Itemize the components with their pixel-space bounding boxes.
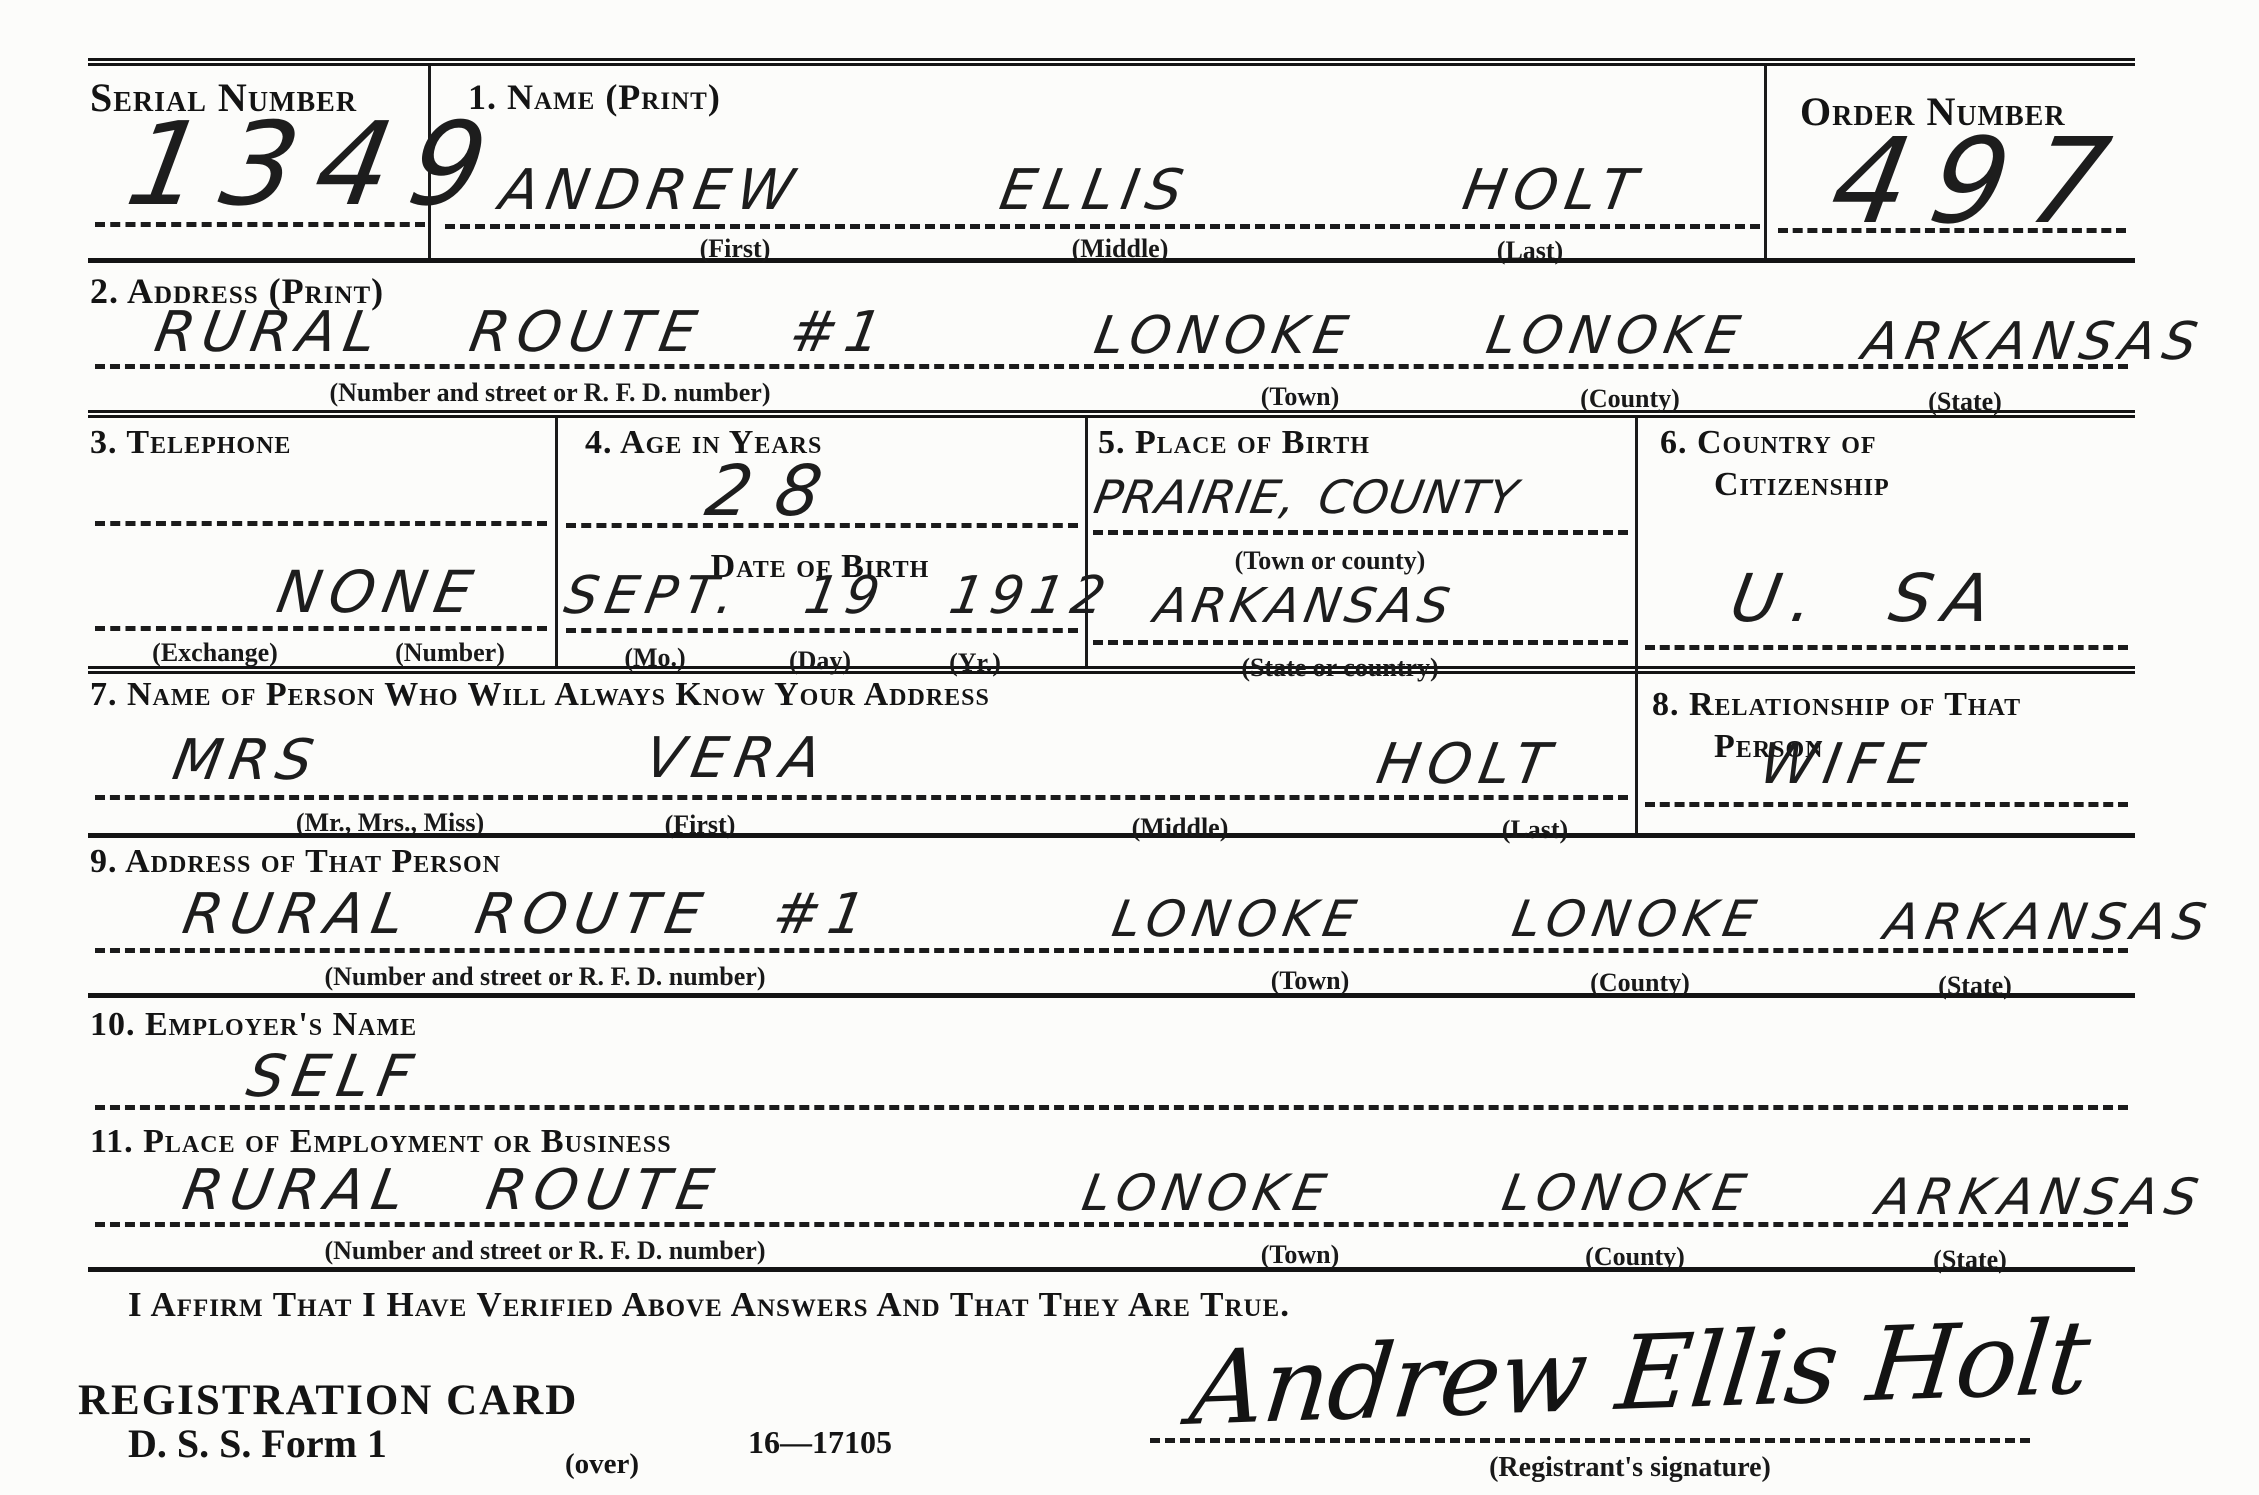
contact-title-sublabel: (Mr., Mrs., Miss)	[230, 808, 550, 838]
address-town-sublabel: (Town)	[1205, 382, 1395, 412]
telephone-exchange-sublabel: (Exchange)	[110, 638, 320, 668]
birth-year-value: 1912	[945, 566, 1117, 626]
name-middle-value: ELLIS	[995, 158, 1196, 223]
employment-state-value: ARKANSAS	[1872, 1168, 2209, 1226]
contact-address-county-sublabel: (County)	[1530, 968, 1750, 998]
birth-month-sublabel: (Mo.)	[575, 643, 735, 673]
contact-address-label: 9. Address of That Person	[90, 843, 501, 881]
birth-town-rule	[1093, 530, 1628, 535]
birth-date-rule	[566, 628, 1078, 633]
contact-address-town-sublabel: (Town)	[1215, 966, 1405, 996]
address-street-value: RURAL ROUTE #1	[150, 300, 894, 365]
address-county-value: LONOKE	[1482, 306, 1751, 366]
address-state-sublabel: (State)	[1860, 387, 2070, 417]
employer-value: SELF	[242, 1042, 426, 1110]
birth-day-value: 19	[800, 566, 891, 626]
telephone-age-column-line	[555, 418, 558, 666]
contact-address-street-sublabel: (Number and street or R. F. D. number)	[265, 962, 825, 992]
birth-town-value: PRAIRIE, COUNTY	[1090, 470, 1523, 524]
row2-bottom-divider	[88, 410, 2135, 418]
age-birthplace-column-line	[1085, 418, 1088, 666]
relationship-value: WIFE	[1755, 732, 1937, 797]
citizenship-column-line	[1635, 418, 1638, 833]
employer-label: 10. Employer's Name	[90, 1006, 417, 1044]
serial-number-value: 1349	[118, 98, 517, 232]
contact-address-county-value: LONOKE	[1508, 890, 1767, 948]
signature-sublabel: (Registrant's signature)	[1420, 1452, 1840, 1484]
birth-place-label: 5. Place of Birth	[1098, 424, 1370, 462]
birth-state-rule	[1093, 640, 1628, 645]
form-number: D. S. S. Form 1	[128, 1420, 387, 1467]
over-note: (over)	[565, 1448, 639, 1481]
address-street-sublabel: (Number and street or R. F. D. number)	[270, 378, 830, 408]
telephone-value: NONE	[272, 558, 486, 626]
birth-town-sublabel: (Town or county)	[1165, 546, 1495, 576]
employment-state-sublabel: (State)	[1865, 1245, 2075, 1275]
print-code: 16—17105	[748, 1424, 892, 1461]
age-value: 28	[700, 450, 853, 532]
relationship-rule	[1645, 802, 2128, 807]
employment-county-sublabel: (County)	[1525, 1242, 1745, 1272]
contact-first-sublabel: (First)	[605, 810, 795, 840]
name-order-column-line	[1764, 66, 1767, 258]
address-county-sublabel: (County)	[1525, 384, 1735, 414]
registrant-signature: Andrew Ellis Holt	[1185, 1298, 2095, 1449]
employment-label: 11. Place of Employment or Business	[90, 1123, 672, 1161]
telephone-upper-rule	[95, 521, 547, 526]
telephone-label: 3. Telephone	[90, 424, 291, 462]
contact-last-sublabel: (Last)	[1440, 815, 1630, 845]
employment-county-value: LONOKE	[1498, 1164, 1757, 1222]
contact-address-state-sublabel: (State)	[1870, 971, 2080, 1001]
contact-title-value: MRS	[168, 728, 326, 793]
contact-address-town-value: LONOKE	[1108, 890, 1367, 948]
contact-address-street-value: RURAL ROUTE #1	[178, 882, 878, 947]
name-last-sublabel: (Last)	[1435, 236, 1625, 266]
birth-state-sublabel: (State or country)	[1170, 653, 1510, 683]
name-last-value: HOLT	[1458, 158, 1649, 223]
employment-street-sublabel: (Number and street or R. F. D. number)	[265, 1236, 825, 1266]
birth-day-sublabel: (Day)	[740, 646, 900, 676]
citizenship-label-line2: Citizenship	[1714, 466, 1890, 504]
relationship-label-line1: 8. Relationship of That	[1652, 686, 2021, 724]
telephone-lower-rule	[95, 626, 547, 631]
order-number-value: 497	[1822, 112, 2142, 250]
name-rule	[445, 224, 1760, 229]
name-middle-sublabel: (Middle)	[1025, 234, 1215, 264]
address-state-value: ARKANSAS	[1858, 312, 2209, 372]
employment-town-value: LONOKE	[1078, 1164, 1337, 1222]
citizenship-value: U. SA	[1725, 560, 2008, 637]
name-label: 1. Name (Print)	[468, 76, 721, 118]
telephone-number-sublabel: (Number)	[345, 638, 555, 668]
contact-middle-sublabel: (Middle)	[1080, 813, 1280, 843]
name-first-value: ANDREW	[495, 158, 806, 223]
affirmation-statement: I Affirm That I Have Verified Above Answ…	[128, 1285, 1290, 1325]
address-town-value: LONOKE	[1090, 306, 1359, 366]
contact-address-state-value: ARKANSAS	[1880, 893, 2217, 951]
birth-month-value: SEPT.	[560, 566, 746, 626]
row11-bottom-divider	[88, 1267, 2135, 1272]
birth-state-value: ARKANSAS	[1150, 578, 1458, 634]
contact-last-value: HOLT	[1372, 732, 1563, 797]
birth-year-sublabel: (Yr.)	[895, 648, 1055, 678]
name-first-sublabel: (First)	[640, 234, 830, 264]
card-top-border	[88, 58, 2135, 66]
citizenship-label-line1: 6. Country of	[1660, 424, 1877, 462]
contact-label: 7. Name of Person Who Will Always Know Y…	[90, 676, 990, 714]
employment-town-sublabel: (Town)	[1205, 1240, 1395, 1270]
citizenship-rule	[1645, 645, 2128, 650]
row9-bottom-divider	[88, 993, 2135, 998]
contact-first-value: VERA	[640, 726, 834, 791]
card-title: REGISTRATION CARD	[78, 1376, 578, 1425]
employment-street-value: RURAL ROUTE	[178, 1158, 726, 1223]
contact-address-rule	[95, 948, 2128, 953]
